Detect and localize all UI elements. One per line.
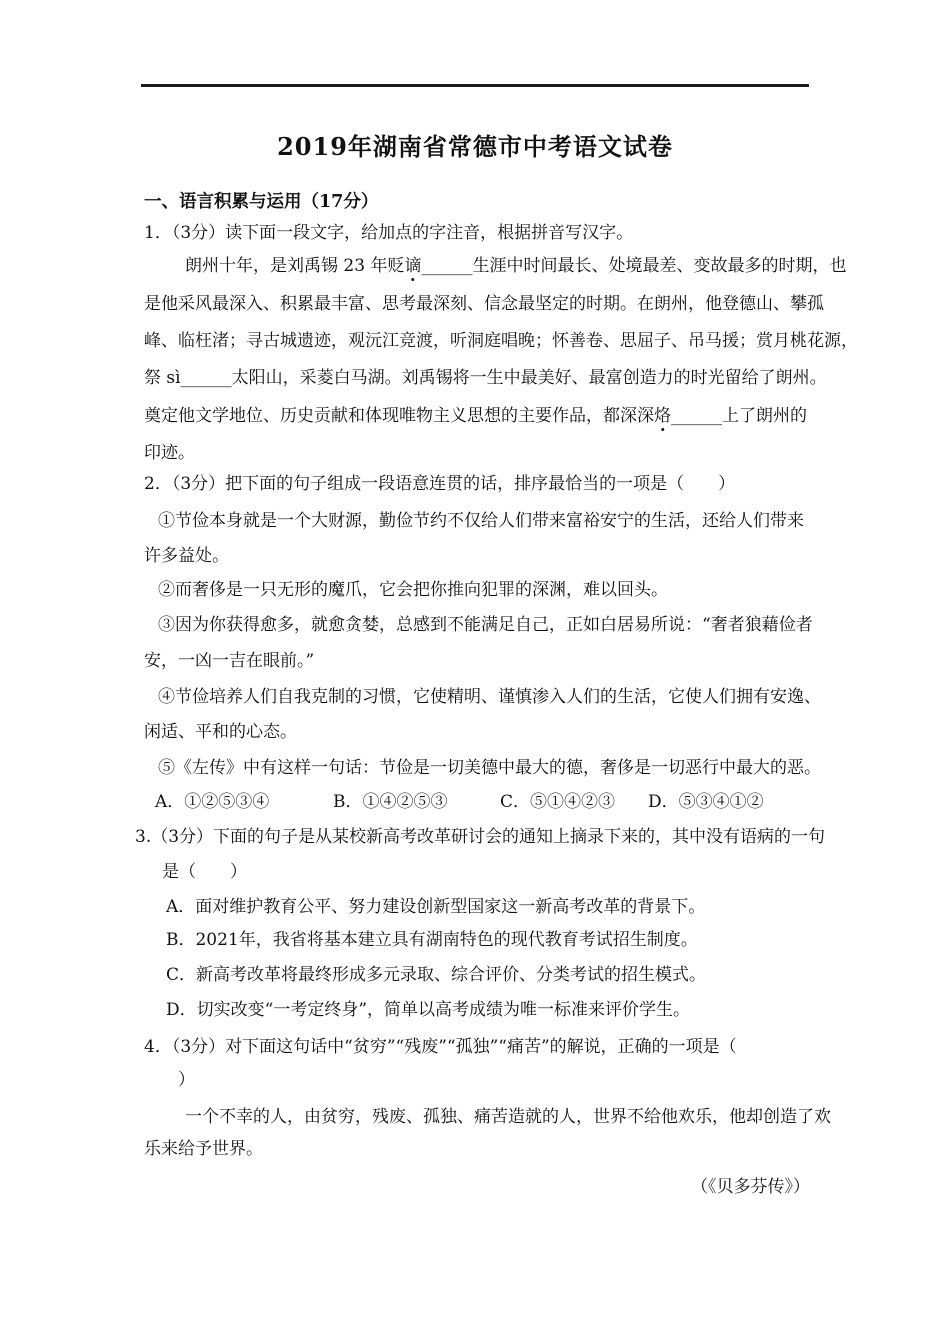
q2-sentence-3-line-2: 安，一凶一吉在眼前。”: [144, 642, 810, 680]
q2-stem: 2．（3分）把下面的句子组成一段语意连贯的话，排序最恰当的一项是（ ）: [144, 465, 810, 503]
page-title: 2019年湖南省常德市中考语文试卷: [0, 128, 950, 166]
q2-sentence-4-line-2: 闲适、平和的心态。: [144, 713, 810, 751]
q4-source: （《贝多芬传》）: [144, 1168, 810, 1206]
q2-sentence-2: ②而奢侈是一只无形的魔爪，它会把你推向犯罪的深渊，难以回头。: [144, 571, 824, 609]
emphasized-char: 烙: [654, 406, 671, 426]
q3-option-b: B．2021年，我省将基本建立具有湖南特色的现代教育考试招生制度。: [144, 921, 832, 959]
q2-option-b: B．①④②⑤③: [333, 783, 448, 821]
exam-paper-page: 2019年湖南省常德市中考语文试卷 一、语言积累与运用（17分） 1．（3分）读…: [0, 0, 950, 1344]
emphasized-char: 谪: [404, 256, 421, 276]
q4-quote-line-2: 乐来给予世界。: [144, 1130, 810, 1168]
q1-passage-line-4: 祭 sì______太阳山，采菱白马湖。刘禹锡将一生中最美好、最富创造力的时光留…: [144, 359, 810, 397]
q1-passage-line-2: 是他采风最深入、积累最丰富、思考最深刻、信念最坚定的时期。在朗州，他登德山、攀孤: [144, 285, 810, 323]
q4-stem-line-2: ）: [144, 1061, 844, 1099]
q2-option-a: A．①②⑤③④: [155, 783, 269, 821]
q2-option-c: C．⑤①④②③: [500, 783, 615, 821]
q3-stem-line-2: 是（ ）: [144, 853, 828, 891]
q2-sentence-1-line-1: ①节俭本身就是一个大财源，勤俭节约不仅给人们带来富裕安宁的生活，还给人们带来: [144, 502, 824, 540]
q1-passage-line-1: 朗州十年，是刘禹锡 23 年贬谪______生涯中时间最长、处境最差、变故最多的…: [144, 247, 851, 285]
q2-sentence-3-line-1: ③因为你获得愈多，就愈贪婪，总感到不能满足自己，正如白居易所说：“奢者狼藉俭者: [144, 606, 824, 644]
q1-passage-line-3: 峰、临枉渚；寻古城遗迹，观沅江竞渡，听洞庭唱晚；怀善卷、思屈子、吊马援；赏月桃花…: [144, 322, 810, 360]
q2-options-row: A．①②⑤③④ B．①④②⑤③ C．⑤①④②③ D．⑤③④①②: [144, 783, 810, 821]
passage-text: 朗州十年，是刘禹锡 23 年贬: [185, 256, 404, 276]
q3-option-c: C．新高考改革将最终形成多元录取、综合评价、分类考试的招生模式。: [144, 956, 832, 994]
q3-option-d: D．切实改变“一考定终身”，简单以高考成绩为唯一标准来评价学生。: [144, 991, 832, 1029]
q2-sentence-1-line-2: 许多益处。: [144, 537, 810, 575]
passage-text: ______生涯中时间最长、处境最差、变故最多的时期，也: [421, 256, 846, 276]
passage-text: 奠定他文学地位、历史贡献和体现唯物主义思想的主要作品，都深深: [144, 406, 654, 426]
q2-sentence-4-line-1: ④节俭培养人们自我克制的习惯，它使精明、谨慎渗入人们的生活，它使人们拥有安逸、: [144, 678, 824, 716]
q2-sentence-5: ⑤《左传》中有这样一句话：节俭是一切美德中最大的德，奢侈是一切恶行中最大的恶。: [144, 749, 824, 787]
header-rule: [141, 84, 809, 87]
q1-passage-line-5: 奠定他文学地位、历史贡献和体现唯物主义思想的主要作品，都深深烙______上了朗…: [144, 397, 810, 435]
q2-option-d: D．⑤③④①②: [648, 783, 764, 821]
q3-stem-line-1: 3.（3分）下面的句子是从某校新高考改革研讨会的通知上摘录下来的，其中没有语病的…: [135, 818, 810, 856]
passage-text: ______上了朗州的: [671, 406, 807, 426]
